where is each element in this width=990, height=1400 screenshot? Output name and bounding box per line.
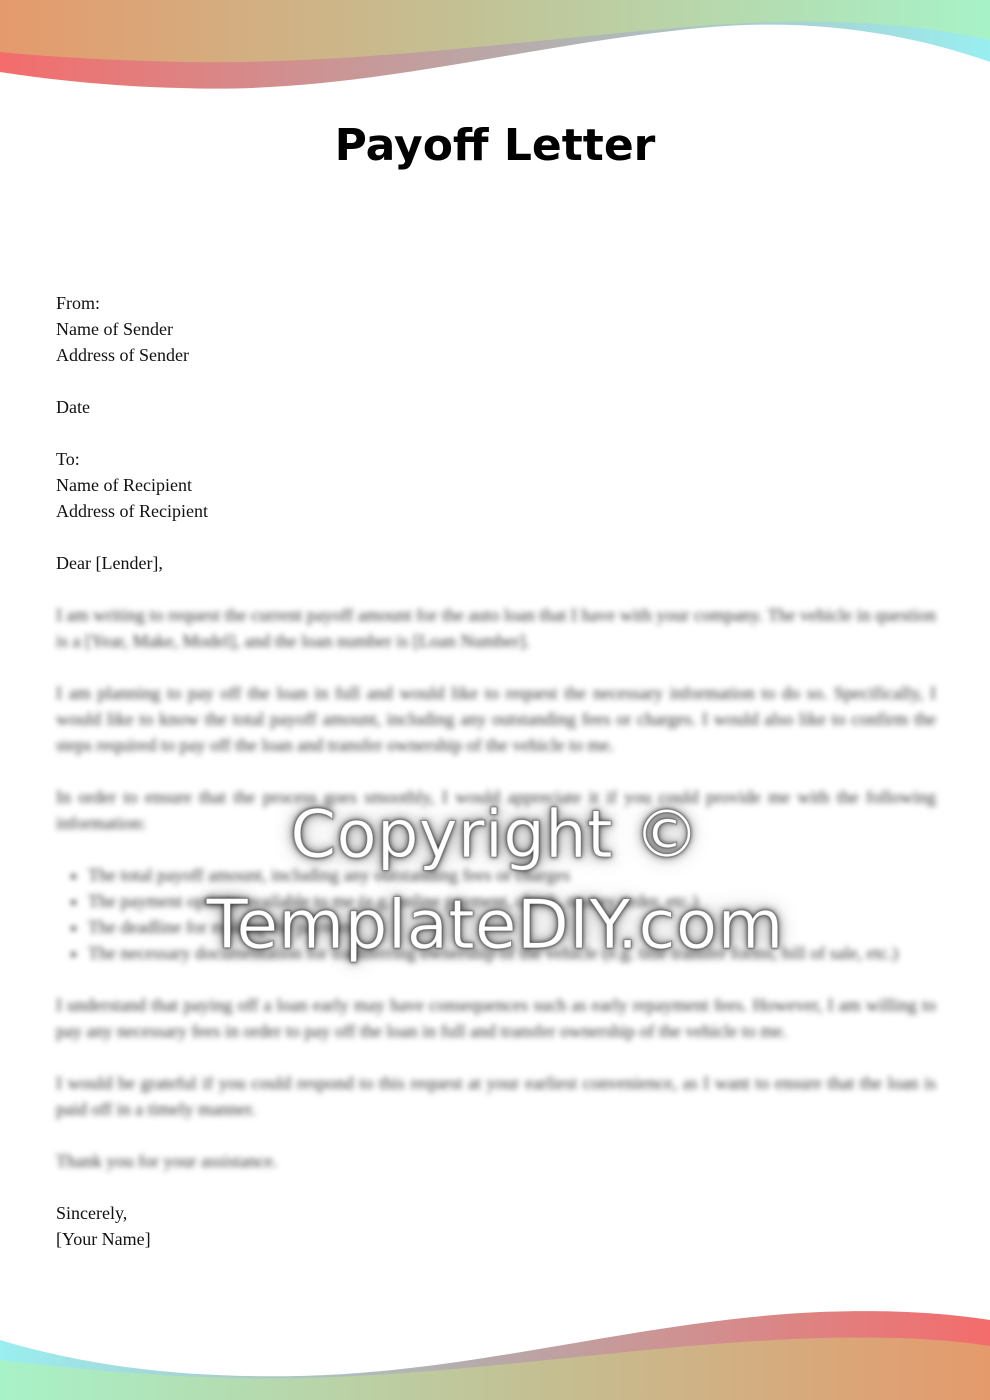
recipient-name: Name of Recipient xyxy=(56,472,936,498)
date: Date xyxy=(56,394,936,420)
sender-name: Name of Sender xyxy=(56,316,936,342)
decorative-top-wave xyxy=(0,0,990,100)
letter-body: From: Name of Sender Address of Sender D… xyxy=(56,290,936,1252)
page-title: Payoff Letter xyxy=(0,120,990,171)
signature: [Your Name] xyxy=(56,1226,936,1252)
recipient-address: Address of Recipient xyxy=(56,498,936,524)
watermark-site: TemplateDIY.com xyxy=(0,886,990,965)
closing-paragraph-3: Thank you for your assistance. xyxy=(56,1148,936,1174)
from-label: From: xyxy=(56,290,936,316)
body-paragraph-1: I am writing to request the current payo… xyxy=(56,602,936,654)
watermark-copyright: Copyright © xyxy=(0,796,990,873)
closing-paragraph-1: I understand that paying off a loan earl… xyxy=(56,992,936,1044)
signoff: Sincerely, xyxy=(56,1200,936,1226)
to-label: To: xyxy=(56,446,936,472)
sender-address: Address of Sender xyxy=(56,342,936,368)
salutation: Dear [Lender], xyxy=(56,550,936,576)
closing-paragraph-2: I would be grateful if you could respond… xyxy=(56,1070,936,1122)
decorative-bottom-wave xyxy=(0,1300,990,1400)
body-paragraph-2: I am planning to pay off the loan in ful… xyxy=(56,680,936,758)
